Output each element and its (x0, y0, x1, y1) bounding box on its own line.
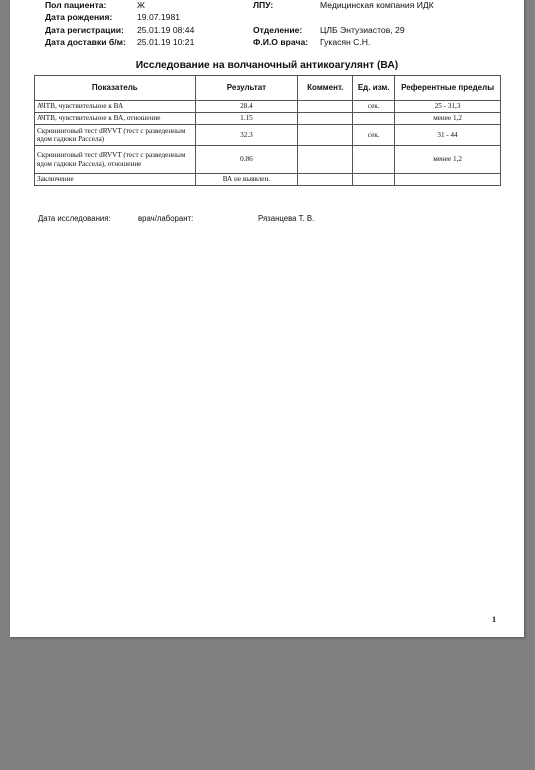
registration-value: 25.01.19 08:44 (137, 25, 194, 35)
result-cell: 32.3 (195, 125, 298, 146)
table-row: АЧТВ, чувствительное к ВА28.4сек.25 - 31… (35, 101, 501, 113)
doctor-lab-name: Рязанцева Т. В. (258, 214, 314, 223)
table-row: Скрининговый тест dRVVT (тест с разведен… (35, 125, 501, 146)
indicator-cell: АЧТВ, чувствительное к ВА, отношение (35, 113, 196, 125)
reference-cell: менее 1,2 (395, 113, 501, 125)
comment-cell (298, 101, 353, 113)
indicator-cell: Заключение (35, 174, 196, 186)
table-header-row: Показатель Результат Коммент. Ед. изм. Р… (35, 76, 501, 101)
birth-label: Дата рождения: (45, 12, 112, 22)
study-title: Исследование на волчаночный антикоагулян… (10, 60, 524, 71)
department-value: ЦЛБ Энтузиастов, 29 (320, 25, 405, 35)
result-cell: 28.4 (195, 101, 298, 113)
unit-cell: сек. (353, 101, 395, 113)
unit-cell: сек. (353, 125, 395, 146)
indicator-cell: Скрининговый тест dRVVT (тест с разведен… (35, 125, 196, 146)
result-cell: 1.15 (195, 113, 298, 125)
col-comment: Коммент. (298, 76, 353, 101)
col-result: Результат (195, 76, 298, 101)
reference-cell: 31 - 44 (395, 125, 501, 146)
study-date-label: Дата исследования: (38, 214, 111, 223)
delivery-value: 25.01.19 10:21 (137, 37, 194, 47)
comment-cell (298, 125, 353, 146)
doctor-label: Ф.И.О врача: (253, 37, 308, 47)
sex-value: Ж (137, 0, 145, 10)
reference-cell: менее 1,2 (395, 146, 501, 174)
lpu-value: Медицинская компания ИДК (320, 0, 434, 10)
reference-cell (395, 174, 501, 186)
department-label: Отделение: (253, 25, 302, 35)
sex-label: Пол пациента: (45, 0, 106, 10)
lpu-label: ЛПУ: (253, 0, 273, 10)
unit-cell (353, 113, 395, 125)
col-reference: Референтные пределы (395, 76, 501, 101)
registration-label: Дата регистрации: (45, 25, 124, 35)
doctor-lab-label: врач/лаборант: (138, 214, 193, 223)
delivery-label: Дата доставки б/м: (45, 37, 126, 47)
results-table: Показатель Результат Коммент. Ед. изм. Р… (34, 75, 501, 186)
doctor-value: Гукасян С.Н. (320, 37, 370, 47)
indicator-cell: АЧТВ, чувствительное к ВА (35, 101, 196, 113)
table-row: АЧТВ, чувствительное к ВА, отношение1.15… (35, 113, 501, 125)
indicator-cell: Скрининговый тест dRVVT (тест с разведен… (35, 146, 196, 174)
unit-cell (353, 174, 395, 186)
page-number: 1 (492, 615, 496, 624)
col-indicator: Показатель (35, 76, 196, 101)
comment-cell (298, 146, 353, 174)
col-unit: Ед. изм. (353, 76, 395, 101)
document-page: ФИО пациента: КУЗНЕЦОВА ЕЛЕНА ГЕННАДЬЕВН… (10, 0, 524, 637)
table-row: Скрининговый тест dRVVT (тест с разведен… (35, 146, 501, 174)
result-cell: ВА не выявлен. (195, 174, 298, 186)
birth-value: 19.07.1981 (137, 12, 180, 22)
reference-cell: 25 - 31,3 (395, 101, 501, 113)
table-row: ЗаключениеВА не выявлен. (35, 174, 501, 186)
comment-cell (298, 174, 353, 186)
unit-cell (353, 146, 395, 174)
comment-cell (298, 113, 353, 125)
result-cell: 0.86 (195, 146, 298, 174)
